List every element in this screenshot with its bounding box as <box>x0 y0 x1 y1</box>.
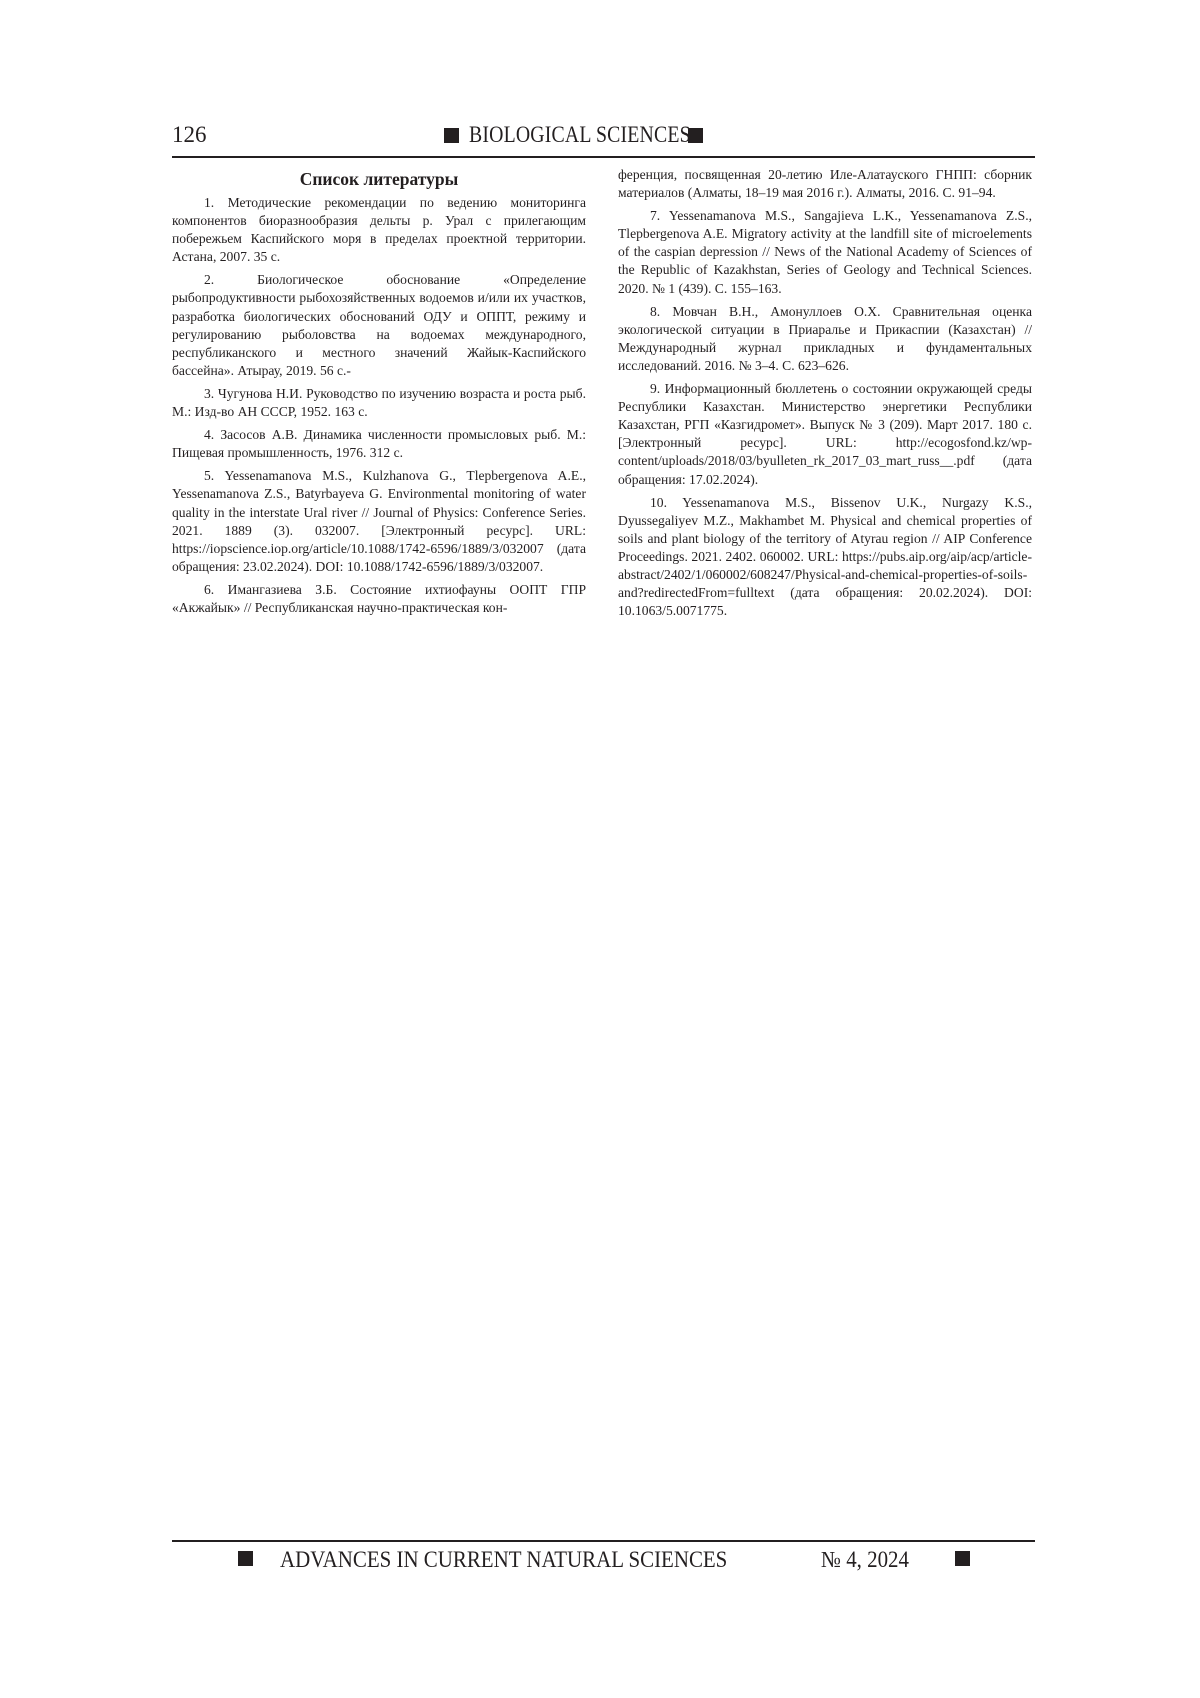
reference-item: 7. Yessenamanova M.S., Sangajieva L.K., … <box>618 207 1032 297</box>
reference-item-continued: ференция, посвященная 20-летию Иле-Алата… <box>618 166 1032 202</box>
reference-item: 1. Методические рекомендации по ведению … <box>172 194 586 266</box>
issue-number: № 4, 2024 <box>821 1547 909 1573</box>
section-title: BIOLOGICAL SCIENCES <box>469 122 691 148</box>
references-right-column: ференция, посвященная 20-летию Иле-Алата… <box>618 166 1032 625</box>
reference-item: 2. Биологическое обоснование «Определени… <box>172 271 586 380</box>
reference-item: 8. Мовчан В.Н., Амонуллоев О.Х. Сравните… <box>618 303 1032 375</box>
page-header: 126 BIOLOGICAL SCIENCES <box>172 118 1035 158</box>
header-rule <box>172 156 1035 158</box>
footer-rule <box>172 1540 1035 1542</box>
square-bullet-icon <box>955 1551 970 1566</box>
reference-item: 3. Чугунова Н.И. Руководство по изучению… <box>172 385 586 421</box>
reference-item: 9. Информационный бюллетень о состоянии … <box>618 380 1032 489</box>
reference-item: 5. Yessenamanova M.S., Kulzhanova G., Tl… <box>172 467 586 576</box>
page-number: 126 <box>172 122 207 148</box>
references-heading: Список литературы <box>172 168 586 190</box>
reference-item: 4. Засосов А.В. Динамика численности про… <box>172 426 586 462</box>
square-bullet-icon <box>444 128 459 143</box>
square-bullet-icon <box>238 1551 253 1566</box>
references-left-column: Список литературы 1. Методические рекоме… <box>172 166 586 622</box>
square-bullet-icon <box>688 128 703 143</box>
journal-title: ADVANCES IN CURRENT NATURAL SCIENCES <box>280 1547 727 1573</box>
reference-item: 6. Имангазиева З.Б. Состояние ихтиофауны… <box>172 581 586 617</box>
reference-item: 10. Yessenamanova M.S., Bissenov U.K., N… <box>618 494 1032 621</box>
